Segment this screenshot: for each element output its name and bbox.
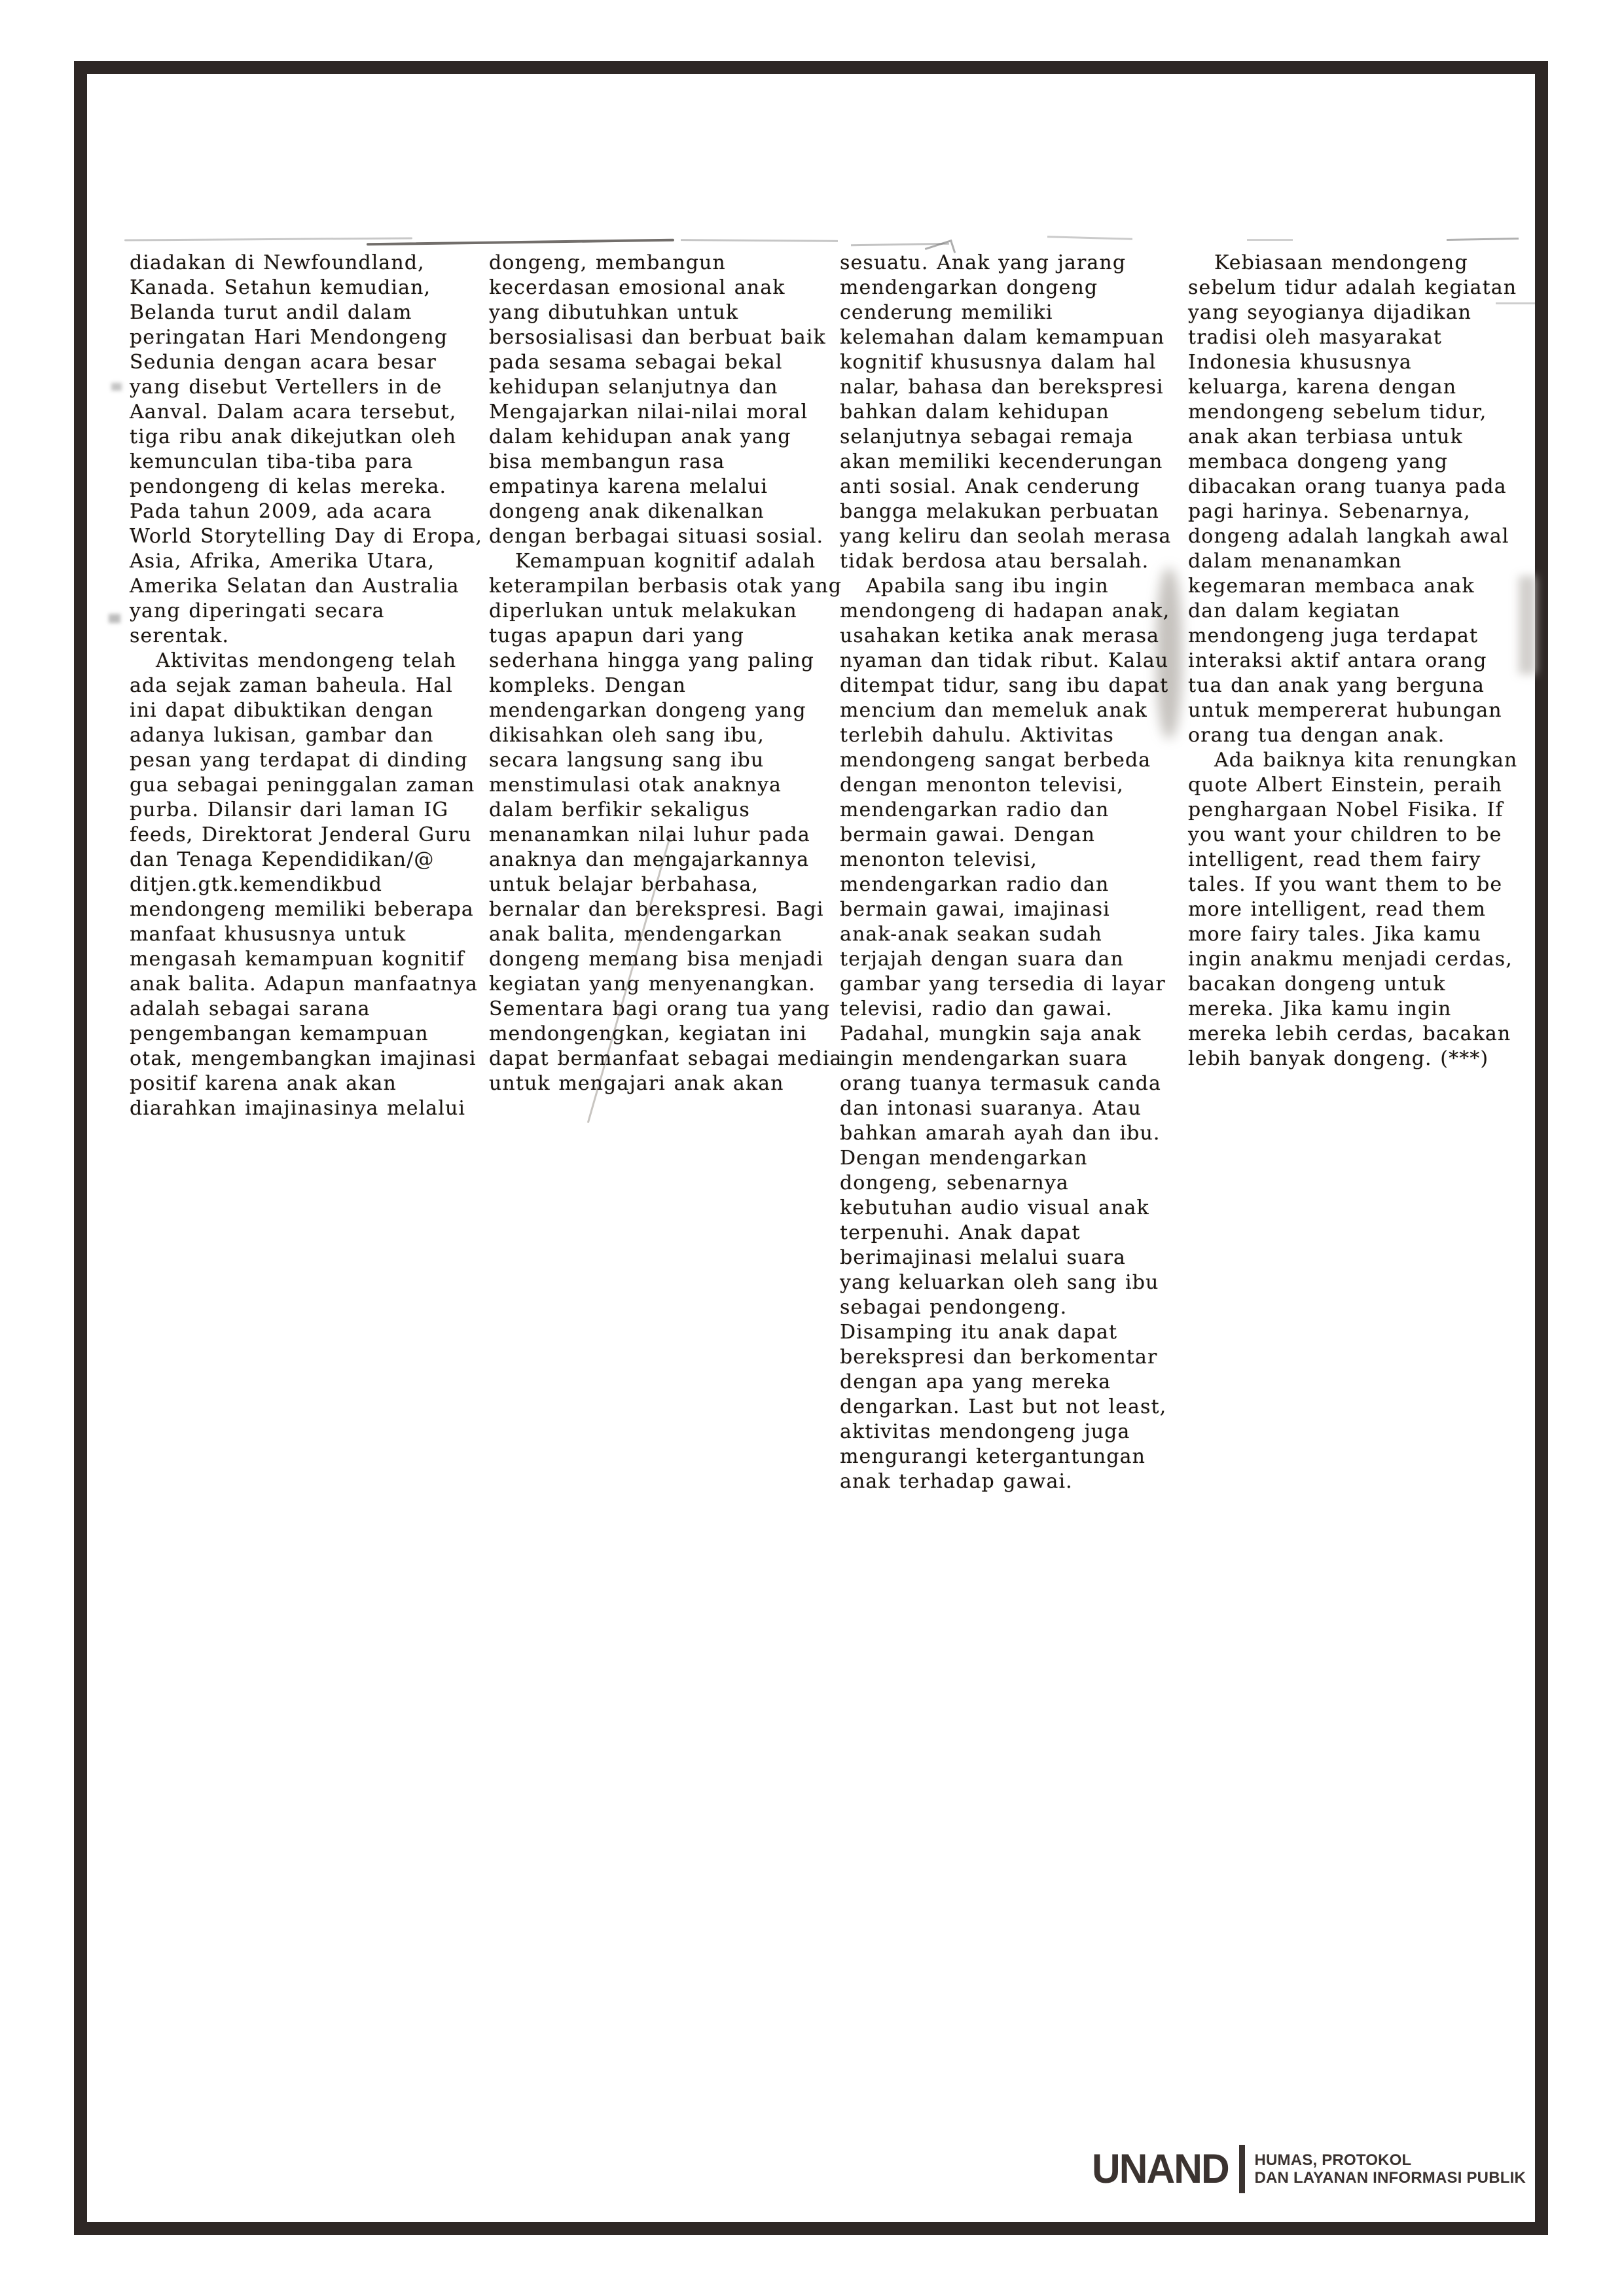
department-line-2: DAN LAYANAN INFORMASI PUBLIK	[1254, 2169, 1526, 2187]
paragraph: Kemampuan kognitif adalah keterampilan b…	[489, 549, 842, 1096]
department-line-1: HUMAS, PROTOKOL	[1254, 2151, 1526, 2169]
logo-divider-bar	[1239, 2145, 1245, 2193]
paragraph: diadakan di Newfoundland, Kanada. Setahu…	[130, 251, 484, 649]
paragraph: sesuatu. Anak yang jarang mendengarkan d…	[840, 251, 1175, 574]
paragraph: Aktivitas mendongeng telah ada sejak zam…	[130, 649, 484, 1121]
paragraph: dongeng, membangun kecerdasan emosional …	[489, 251, 842, 549]
paragraph: Ada baiknya kita renungkan quote Albert …	[1188, 748, 1519, 1071]
unand-logo-text: UNAND	[1092, 2145, 1229, 2193]
department-name: HUMAS, PROTOKOL DAN LAYANAN INFORMASI PU…	[1254, 2151, 1526, 2187]
paragraph: Apabila sang ibu ingin mendongeng di had…	[840, 574, 1175, 1494]
article-column-3: sesuatu. Anak yang jarang mendengarkan d…	[840, 251, 1175, 1494]
article-column-2: dongeng, membangun kecerdasan emosional …	[489, 251, 842, 1096]
unand-logo: UNAND HUMAS, PROTOKOL DAN LAYANAN INFORM…	[1092, 2140, 1526, 2198]
paragraph: Kebiasaan mendongeng sebelum tidur adala…	[1188, 251, 1519, 748]
article-column-4: Kebiasaan mendongeng sebelum tidur adala…	[1188, 251, 1519, 1071]
article-column-1: diadakan di Newfoundland, Kanada. Setahu…	[130, 251, 484, 1121]
